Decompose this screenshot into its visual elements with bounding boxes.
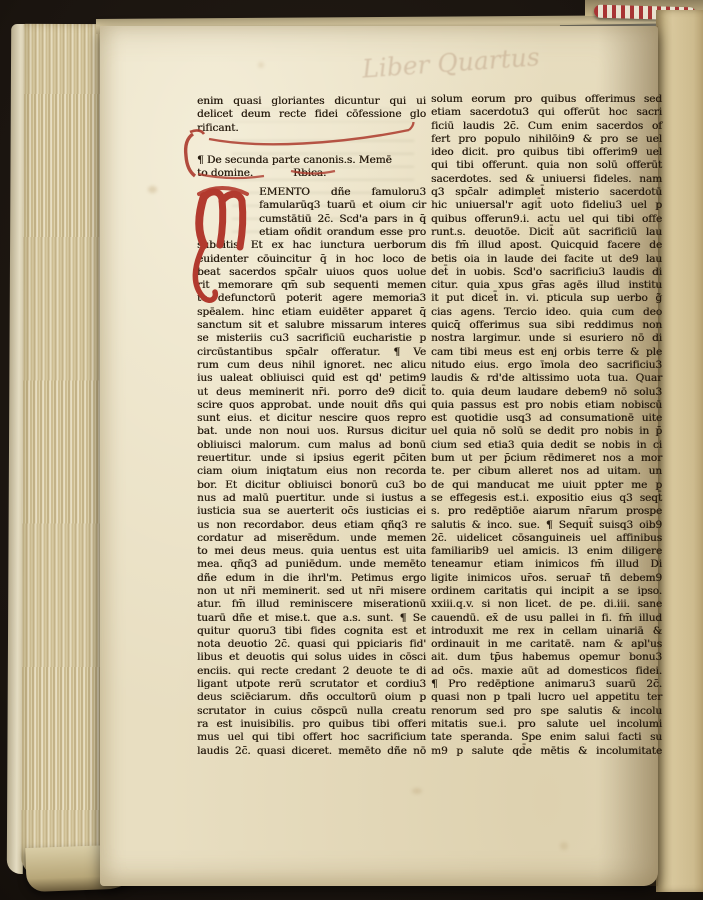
text-line: qui tibi offerunt. quia non solū offerūt <box>431 159 662 172</box>
text-line: iusticia sua se auerterit oc̄s iusticias… <box>197 505 426 518</box>
text-line: ordinauit in me caritatē. nam & apl'us <box>431 638 662 651</box>
text-line: cauendū. ex̄ de usu pallei in fi. fm̄ il… <box>431 612 662 625</box>
text-line: runt.s. deuotōe. Dicit̄ aūt sacrificiū l… <box>431 226 662 239</box>
text-line: fert pro populo nihilōin9 & pro se uel <box>431 133 662 146</box>
text-line: dñe edum in die ihrl'm. Petimus ergo <box>197 572 426 585</box>
text-line: nitudo eius. ergo īmola deo sacrificiu3 <box>431 359 662 372</box>
foxing-spot <box>560 842 568 850</box>
rubric-line: to domine. Rbica. <box>197 167 426 181</box>
text-line: deus sciēciarum. dñs occultorū oium p <box>197 691 426 704</box>
text-line: solum eorum pro quibus offerimus sed <box>431 93 662 106</box>
text-line: quibus offerun9.i. actu uel qui tibi off… <box>431 213 662 226</box>
text-line: cam tibi meus est enj orbis terre & ple <box>431 346 662 359</box>
text-line: nota deuotio 2c̄. quasi qui ppiciaris fi… <box>197 638 426 651</box>
text-line: tuarū dñe et mise.t. que a.s. sunt. ¶ Se <box>197 612 426 625</box>
left-body-lines: subditis. Et ex hac iunctura uerborumeui… <box>197 239 426 758</box>
rubric-line: ¶ De secunda parte canonis.s. Memē <box>197 154 426 168</box>
text-line: non ut nr̄i meminerit. sed ut nr̄i miser… <box>197 585 426 598</box>
foxing-spot <box>412 788 422 794</box>
text-line: etiam sacerdotu3 qui offerūt hoc sacri <box>431 106 662 119</box>
text-line: uel quia nō solū se dedit pro nobis in p… <box>431 425 662 438</box>
next-leaf-gutter <box>656 10 703 892</box>
text-line: ordinem caritatis qui incipit a se ipso. <box>431 585 662 598</box>
text-line: xxiii.q.v. si non licet. de pe. di.iii. … <box>431 598 662 611</box>
text-line: laudis & rd'de altissimo uota tua. Quar <box>431 372 662 385</box>
text-line: cordatur ad miserēdum. unde memen <box>197 532 426 545</box>
text-line: cias agens. Tercio ideo. quia cum deo <box>431 306 662 319</box>
text-line: teneamur etiam inimicos fm̄ illud Di <box>431 558 662 571</box>
text-line: ciam oium iniqtatum eius non recorda <box>197 465 426 478</box>
text-line: quitur quoru3 tibi fides cognita est et <box>197 625 426 638</box>
right-text-column: solum eorum pro quibus offerimus sedetia… <box>431 93 662 758</box>
text-line: nus ad malū puertitur. unde si iustus a <box>197 492 426 505</box>
text-line: scire quos approbat. unde nouit dñs qui <box>197 399 426 412</box>
text-line: rum cum deus nihil ignoret. nec alicu <box>197 359 426 372</box>
text-line: ut deus meminerit nr̄i. porro de9 dicit̄ <box>197 386 426 399</box>
text-line: enim quasi gloriantes dicuntur qui ui <box>197 95 426 108</box>
text-line: tate speranda. Spe enim salui facti su <box>431 731 662 744</box>
text-line: laudis 2c̄. quasi diceret. memēto dñe nō <box>197 745 426 758</box>
text-line: est quotidie usq3 ad consumationē uite <box>431 412 662 425</box>
book-photograph: Liber Quartus enim quasi gloriantes dicu… <box>0 0 703 900</box>
text-line: sanctum sit et salubre missarum interes <box>197 319 426 332</box>
text-line: bum ut per p̄cium rēdimeret nos a mor <box>431 452 662 465</box>
text-line: ligite inimicos ur̄os. seruar̄ tñ debem9 <box>431 572 662 585</box>
text-line: us non recordabor. deus etiam qñq3 re <box>197 519 426 532</box>
text-line: quia passus est pro nobis etiam nobiscū <box>431 399 662 412</box>
text-line: familiarib9 uel amicis. l3 enim diligere <box>431 545 662 558</box>
text-line: ficiū laudis 2c̄. Cum enim sacerdos of <box>431 120 662 133</box>
text-line: enciis. qui recte credant 2 deuote te di <box>197 665 426 678</box>
text-line: betis oia in laude dei facite ut de9 lau <box>431 253 662 266</box>
text-line: dis fm̄ illud apost. Quicquid facere de <box>431 239 662 252</box>
text-line: reuertitur. unde si ipsius egerit pc̄ite… <box>197 452 426 465</box>
text-line: q3 spc̄alr adimplet̄ misterio sacerdotū <box>431 186 662 199</box>
text-line: EMENTO dñe famuloru3 <box>259 186 426 199</box>
text-line: quicq̄ offerimus sua sibi reddimus non <box>431 319 662 332</box>
text-line: atur. fm̄ illud reminiscere miserationū <box>197 598 426 611</box>
text-line: se effegesis est.i. expositio eius q3 se… <box>431 492 662 505</box>
lombard-initial-M <box>191 186 257 308</box>
fore-edge-page-stack <box>21 24 110 880</box>
text-line: ra est inuisibilis. pro quibus tibi offe… <box>197 718 426 731</box>
text-line: mitatis sue.i. pro salute uel incolumi <box>431 718 662 731</box>
text-line: hic uniuersal'r agit̄ uoto fideliu3 uel … <box>431 199 662 212</box>
text-line: salutis & inco. sue. ¶ Sequit̄ suisq3 oi… <box>431 519 662 532</box>
text-line: ideo dicit. pro quibus tibi offerim9 uel <box>431 146 662 159</box>
text-line: ligant utpote rerū scrutator et cordiu3 <box>197 678 426 691</box>
text-line: citur. quia xpus gr̄as agēs illud instit… <box>431 279 662 292</box>
left-text-column: enim quasi gloriantes dicuntur qui uidel… <box>197 95 426 758</box>
text-line: mea. qñq3 ad puniēdum. unde memēto <box>197 558 426 571</box>
text-line: delicet deum recte fidei cōfessione glo <box>197 108 426 121</box>
text-line: scrutator in cuius cōspcū nulla creatu <box>197 705 426 718</box>
text-line: obliuisci malorum. cum malus ad bonū <box>197 439 426 452</box>
text-line: ait. dum tp̄us habemus opemur bonu3 <box>431 651 662 664</box>
text-line: quasi non p tpali lucro uel appetitu ter <box>431 691 662 704</box>
text-line: bat. unde non noui uos. Rursus dicitur <box>197 425 426 438</box>
foxing-spot <box>258 62 264 68</box>
right-body-lines: solum eorum pro quibus offerimus sedetia… <box>431 93 662 758</box>
text-line: it put dicet̄ in. vi. pticula sup uerbo … <box>431 292 662 305</box>
text-line: renorum sed pro spe salutis & incolu <box>431 705 662 718</box>
text-line: etiam oñdit orandum esse pro <box>259 226 426 239</box>
text-line: to mei deus meus. quia uentus est uita <box>197 545 426 558</box>
text-line: bor. Et dicitur obliuisci bonorū cu3 bo <box>197 479 426 492</box>
left-header-paragraph: enim quasi gloriantes dicuntur qui uidel… <box>197 95 426 135</box>
text-line: ad oc̄s. maxie aūt ad domesticos fidei. <box>431 665 662 678</box>
left-body-block: EMENTO dñe famuloru3famularūq3 tuarū et … <box>197 186 426 758</box>
text-line: to. quia deum laudare debem9 nō solu3 <box>431 386 662 399</box>
rubric-heading: ¶ De secunda parte canonis.s. Memē to do… <box>197 154 426 181</box>
initial-indented-lines: EMENTO dñe famuloru3famularūq3 tuarū et … <box>259 186 426 239</box>
text-line: ¶ Pro redēptione animaru3 suarū 2c̄. <box>431 678 662 691</box>
text-line: famularūq3 tuarū et oium cir <box>259 199 426 212</box>
text-line: ius ualeat obliuisci quid est qd' petim9 <box>197 372 426 385</box>
text-line: sunt eius. et dicitur nescire quos repro <box>197 412 426 425</box>
text-line: introduxit me rex in cellam uinariā & <box>431 625 662 638</box>
rubric-abbrev: Rbica. <box>293 167 326 181</box>
text-line: nostra largimur. unde si esuriero nō di <box>431 332 662 345</box>
text-line: circūstantibus spc̄alr offeratur. ¶ Ve <box>197 346 426 359</box>
text-line: te. per cibum alleret nos ad uitam. un <box>431 465 662 478</box>
text-line: sacerdotes. sed & uniuersi fideles. nam <box>431 173 662 186</box>
text-line: rificant. <box>197 122 426 135</box>
rubric-text: to domine. <box>197 167 253 181</box>
foxing-spot <box>148 186 157 193</box>
text-line: cium sed etia3 quia dedit se nobis in ci <box>431 439 662 452</box>
text-line: de qui manducat me uiuit ppter me p <box>431 479 662 492</box>
text-line: 2c̄. uidelicet cōsanguineis uel affinibu… <box>431 532 662 545</box>
text-line: cumstātiū 2c̄. Scd'a pars in q̄ <box>259 213 426 226</box>
text-line: s. pro redēptiōe aiarum nr̄arum prospe <box>431 505 662 518</box>
text-line: mus uel qui tibi offert hoc sacrificium <box>197 731 426 744</box>
text-line: m9 p salute qd̄e mētis & incolumitate <box>431 745 662 758</box>
text-line: se misteriis cu3 sacrificiū eucharistie … <box>197 332 426 345</box>
text-line: det̄ in uobis. Scd'o sacrificiu3 laudis … <box>431 266 662 279</box>
text-line: libus et deuotis qui solus uides in cōsc… <box>197 651 426 664</box>
